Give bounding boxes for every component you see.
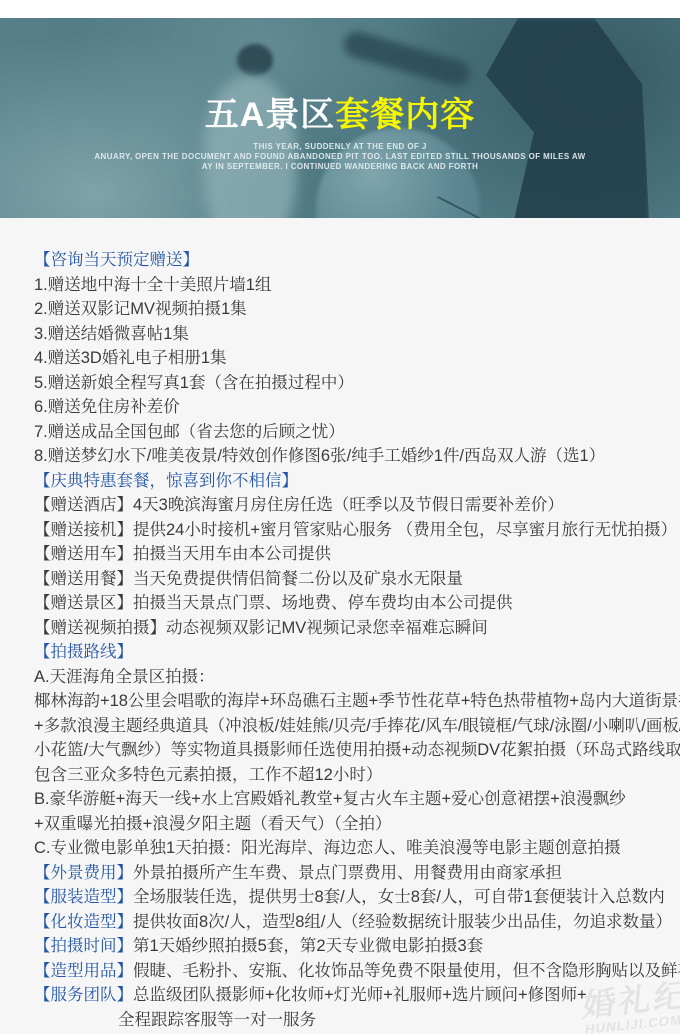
content-line: 【拍摄路线】 <box>34 640 680 665</box>
line-text: 小花篮/大气飘纱）等实物道具摄影师任选使用拍摄+动态视频DV花絮拍摄（环岛式路线… <box>34 741 680 759</box>
bride-figure-hair <box>237 44 273 76</box>
content-line: 【赠送视频拍摄】动态视频双影记MV视频记录您幸福难忘瞬间 <box>34 616 680 641</box>
content-line: 8.赠送梦幻水下/唯美夜景/特效创作修图6张/纯手工婚纱1件/西岛双人游（选1） <box>34 444 680 469</box>
content-line: 【庆典特惠套餐，惊喜到你不相信】 <box>34 469 680 494</box>
content-line: +双重曝光拍摄+浪漫夕阳主题（看天气）（全拍） <box>34 812 680 837</box>
content-line: 【赠送酒店】4天3晚滨海蜜月房住房任选（旺季以及节假日需要补差价） <box>34 493 680 518</box>
line-label: 【拍摄时间】 <box>34 937 133 955</box>
line-text: 当天免费提供情侣简餐二份以及矿泉水无限量 <box>133 570 463 588</box>
content-line: 3.赠送结婚微喜帖1集 <box>34 322 680 347</box>
line-text: 1.赠送地中海十全十美照片墙1组 <box>34 276 271 294</box>
line-label: 【服装造型】 <box>34 888 133 906</box>
line-label: 【外景费用】 <box>34 864 133 882</box>
content-line: 【服装造型】全场服装任选，提供男士8套/人，女士8套/人，可自带1套便装计入总数… <box>34 885 680 910</box>
content-line: 【化妆造型】提供妆面8次/人，造型8组/人（经验数据统计服装少出品佳，勿追求数量… <box>34 910 680 935</box>
content-line: 【赠送景区】拍摄当天景点门票、场地费、停车费均由本公司提供 <box>34 591 680 616</box>
line-text: 总监级团队摄影师+化妆师+灯光师+礼服师+选片顾问+修图师+ <box>133 986 587 1004</box>
groom-arm <box>341 29 473 90</box>
line-text: 5.赠送新娘全程写真1套（含在拍摄过程中） <box>34 374 354 392</box>
content-line: 【造型用品】假睫、毛粉扑、安瓶、化妆饰品等免费不限量使用，但不含隐形胸贴以及鲜花 <box>34 959 680 984</box>
line-label: 【服务团队】 <box>34 986 133 1004</box>
hero-banner: 五A景区套餐内容 THIS YEAR, SUDDENLY AT THE END … <box>0 18 680 218</box>
line-text: 7.赠送成品全国包邮（省去您的后顾之忧） <box>34 423 345 441</box>
line-text: +双重曝光拍摄+浪漫夕阳主题（看天气）（全拍） <box>34 815 392 833</box>
content-line: 6.赠送免住房补差价 <box>34 395 680 420</box>
line-text: 【拍摄路线】 <box>34 643 133 661</box>
line-text: 2.赠送双影记MV视频拍摄1集 <box>34 300 247 318</box>
line-text: 外景拍摄所产生车费、景点门票费用、用餐费用由商家承担 <box>133 864 562 882</box>
line-text: 4.赠送3D婚礼电子相册1集 <box>34 349 227 367</box>
line-text: 4天3晚滨海蜜月房住房任选（旺季以及节假日需要补差价） <box>133 496 564 514</box>
content-line: 5.赠送新娘全程写真1套（含在拍摄过程中） <box>34 371 680 396</box>
content-line: 【服务团队】总监级团队摄影师+化妆师+灯光师+礼服师+选片顾问+修图师+ <box>34 983 680 1008</box>
line-label: 【赠送接机】 <box>34 521 133 539</box>
line-label: 【赠送用车】 <box>34 545 133 563</box>
content-line: A.天涯海角全景区拍摄： <box>34 665 680 690</box>
line-text: 第1天婚纱照拍摄5套，第2天专业微电影拍摄3套 <box>133 937 483 955</box>
line-text: 3.赠送结婚微喜帖1集 <box>34 325 189 343</box>
hero-subtitle-line-2: ANUARY, OPEN THE DOCUMENT AND FOUND ABAN… <box>0 152 680 162</box>
content-line: 【外景费用】外景拍摄所产生车费、景点门票费用、用餐费用由商家承担 <box>34 861 680 886</box>
hero-subtitle-line-3: AY IN SEPTEMBER. I CONTINUED WANDERING B… <box>0 162 680 172</box>
line-text: 【庆典特惠套餐，惊喜到你不相信】 <box>34 472 298 490</box>
line-text: 6.赠送免住房补差价 <box>34 398 180 416</box>
content-line: 【赠送用餐】当天免费提供情侣简餐二份以及矿泉水无限量 <box>34 567 680 592</box>
line-text: 全程跟踪客服等一对一服务 <box>118 1011 316 1029</box>
line-text: 【咨询当天预定赠送】 <box>34 251 199 269</box>
content-line: 2.赠送双影记MV视频拍摄1集 <box>34 297 680 322</box>
package-detail-page: 五A景区套餐内容 THIS YEAR, SUDDENLY AT THE END … <box>0 0 680 1034</box>
line-label: 【赠送景区】 <box>34 594 133 612</box>
line-text: +多款浪漫主题经典道具（冲浪板/娃娃熊/贝壳/手捧花/风车/眼镜框/气球/泳圈/… <box>34 717 680 735</box>
hero-title: 五A景区套餐内容 <box>0 92 680 138</box>
line-text: 包含三亚众多特色元素拍摄，工作不超12小时） <box>34 766 382 784</box>
line-label: 【化妆造型】 <box>34 913 133 931</box>
line-label: 【造型用品】 <box>34 962 133 980</box>
hero-title-yellow: 套餐内容 <box>335 96 475 134</box>
content-line: 1.赠送地中海十全十美照片墙1组 <box>34 273 680 298</box>
line-text: 8.赠送梦幻水下/唯美夜景/特效创作修图6张/纯手工婚纱1件/西岛双人游（选1） <box>34 447 605 465</box>
top-white-strip <box>0 0 680 18</box>
line-text: 拍摄当天景点门票、场地费、停车费均由本公司提供 <box>133 594 513 612</box>
content-line: 4.赠送3D婚礼电子相册1集 <box>34 346 680 371</box>
content-line: 全程跟踪客服等一对一服务 <box>34 1008 680 1033</box>
line-label: 【赠送酒店】 <box>34 496 133 514</box>
line-label: 【赠送视频拍摄】 <box>34 619 166 637</box>
content-lines: 【咨询当天预定赠送】1.赠送地中海十全十美照片墙1组2.赠送双影记MV视频拍摄1… <box>0 218 680 1032</box>
line-text: 提供24小时接机+蜜月管家贴心服务 （费用全包，尽享蜜月旅行无忧拍摄） <box>133 521 677 539</box>
content-line: 小花篮/大气飘纱）等实物道具摄影师任选使用拍摄+动态视频DV花絮拍摄（环岛式路线… <box>34 738 680 763</box>
line-text: 假睫、毛粉扑、安瓶、化妆饰品等免费不限量使用，但不含隐形胸贴以及鲜花 <box>133 962 680 980</box>
hero-subtitle: THIS YEAR, SUDDENLY AT THE END OF J ANUA… <box>0 142 680 172</box>
hero-title-white: 五A景区 <box>205 96 336 134</box>
line-text: B.豪华游艇+海天一线+水上宫殿婚礼教堂+复古火车主题+爱心创意裙摆+浪漫飘纱 <box>34 790 626 808</box>
content-line: B.豪华游艇+海天一线+水上宫殿婚礼教堂+复古火车主题+爱心创意裙摆+浪漫飘纱 <box>34 787 680 812</box>
line-label: 【赠送用餐】 <box>34 570 133 588</box>
line-text: 动态视频双影记MV视频记录您幸福难忘瞬间 <box>166 619 488 637</box>
line-text: C.专业微电影单独1天拍摄：阳光海岸、海边恋人、唯美浪漫等电影主题创意拍摄 <box>34 839 621 857</box>
line-text: A.天涯海角全景区拍摄： <box>34 668 215 686</box>
content-line: 椰林海韵+18公里会唱歌的海岸+环岛礁石主题+季节性花草+特色热带植物+岛内大道… <box>34 689 680 714</box>
content-line: C.专业微电影单独1天拍摄：阳光海岸、海边恋人、唯美浪漫等电影主题创意拍摄 <box>34 836 680 861</box>
line-text: 拍摄当天用车由本公司提供 <box>133 545 331 563</box>
content-line: 【咨询当天预定赠送】 <box>34 248 680 273</box>
content-line: +多款浪漫主题经典道具（冲浪板/娃娃熊/贝壳/手捧花/风车/眼镜框/气球/泳圈/… <box>34 714 680 739</box>
content-line: 7.赠送成品全国包邮（省去您的后顾之忧） <box>34 420 680 445</box>
content-line: 【赠送接机】提供24小时接机+蜜月管家贴心服务 （费用全包，尽享蜜月旅行无忧拍摄… <box>34 518 680 543</box>
line-text: 椰林海韵+18公里会唱歌的海岸+环岛礁石主题+季节性花草+特色热带植物+岛内大道… <box>34 692 680 710</box>
content-line: 【赠送用车】拍摄当天用车由本公司提供 <box>34 542 680 567</box>
hero-subtitle-line-1: THIS YEAR, SUDDENLY AT THE END OF J <box>0 142 680 152</box>
line-text: 全场服装任选，提供男士8套/人，女士8套/人，可自带1套便装计入总数内 <box>133 888 665 906</box>
line-text: 提供妆面8次/人，造型8组/人（经验数据统计服装少出品佳，勿追求数量） <box>133 913 672 931</box>
content-line: 【拍摄时间】第1天婚纱照拍摄5套，第2天专业微电影拍摄3套 <box>34 934 680 959</box>
content-line: 包含三亚众多特色元素拍摄，工作不超12小时） <box>34 763 680 788</box>
